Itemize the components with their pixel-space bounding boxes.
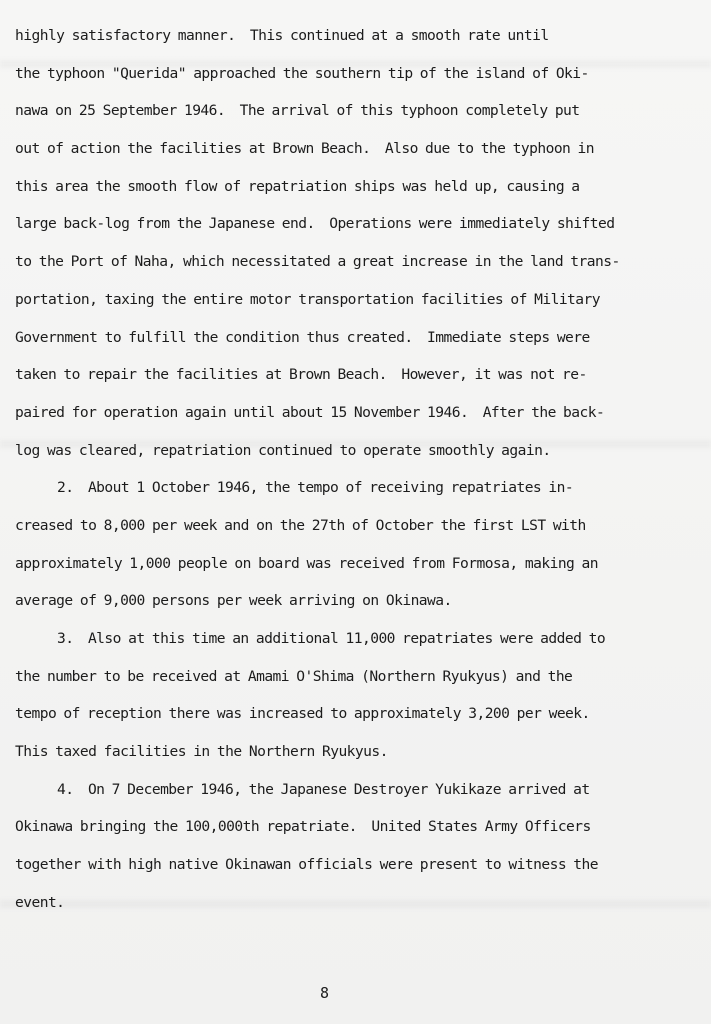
text-line: Okinawa bringing the 100,000th repatriat… — [15, 817, 705, 855]
text-line: out of action the facilities at Brown Be… — [15, 139, 705, 177]
text-line: This taxed facilities in the Northern Ry… — [15, 742, 705, 780]
text-line: approximately 1,000 people on board was … — [15, 554, 705, 592]
text-line: taken to repair the facilities at Brown … — [15, 365, 705, 403]
text-line: event. — [15, 893, 705, 931]
text-line: large back-log from the Japanese end. Op… — [15, 214, 705, 252]
text-line: highly satisfactory manner. This continu… — [15, 26, 705, 64]
text-line: creased to 8,000 per week and on the 27t… — [15, 516, 705, 554]
text-line: Government to fulfill the condition thus… — [15, 328, 705, 366]
text-line: paired for operation again until about 1… — [15, 403, 705, 441]
paragraph-2-start: 2. About 1 October 1946, the tempo of re… — [15, 478, 705, 516]
text-line: the number to be received at Amami O'Shi… — [15, 667, 705, 705]
document-body: highly satisfactory manner. This continu… — [15, 26, 705, 931]
text-line: portation, taxing the entire motor trans… — [15, 290, 705, 328]
paragraph-3-start: 3. Also at this time an additional 11,00… — [15, 629, 705, 667]
text-line: average of 9,000 persons per week arrivi… — [15, 591, 705, 629]
text-line: together with high native Okinawan offic… — [15, 855, 705, 893]
typed-document-page: highly satisfactory manner. This continu… — [0, 0, 711, 1024]
text-line: log was cleared, repatriation continued … — [15, 441, 705, 479]
text-line: tempo of reception there was increased t… — [15, 704, 705, 742]
text-line: nawa on 25 September 1946. The arrival o… — [15, 101, 705, 139]
page-number: 8 — [320, 984, 329, 1002]
paragraph-4-start: 4. On 7 December 1946, the Japanese Dest… — [15, 780, 705, 818]
text-line: this area the smooth flow of repatriatio… — [15, 177, 705, 215]
text-line: to the Port of Naha, which necessitated … — [15, 252, 705, 290]
text-line: the typhoon "Querida" approached the sou… — [15, 64, 705, 102]
